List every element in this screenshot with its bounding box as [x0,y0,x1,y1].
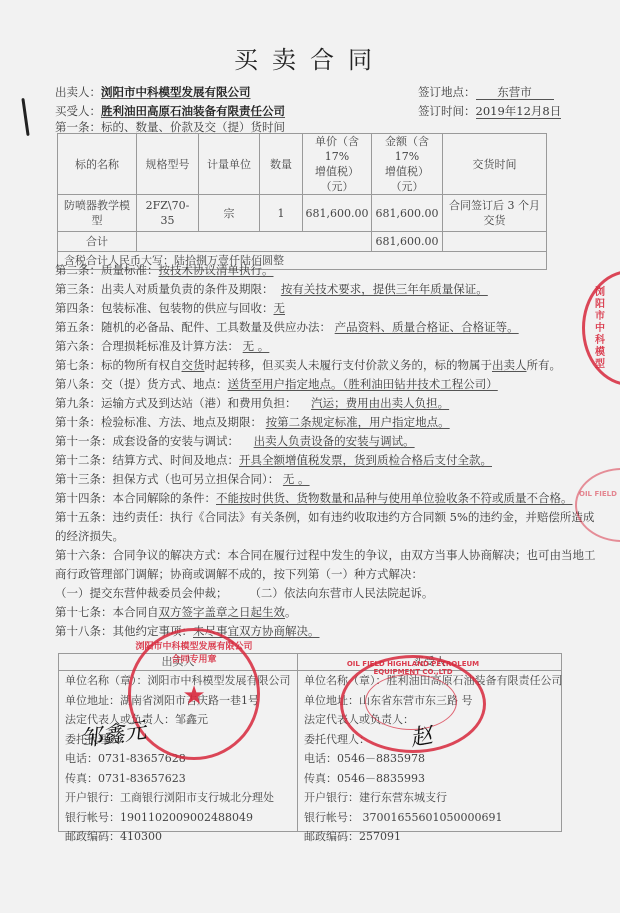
article-3: 第三条：出卖人对质量负责的条件及期限： 按有关技术要求，提供三年年质量保证。 [55,281,488,297]
table-header-row: 标的名称 规格型号 计量单位 数量 单价（含 17%增值税）（元） 金额（含 1… [58,134,547,195]
article-17: 第十七条：本合同自双方签字盖章之日起生效。 [55,604,297,620]
col-header: 单价（含 17%增值税）（元） [303,134,372,195]
edge-buyer-stamp: OIL FIELD HI [575,468,620,542]
article-5: 第五条：随机的必备品、配件、工具数量及供应办法： 产品资料、质量合格证、合格证等… [55,319,519,335]
star-icon: ★ [131,681,257,711]
cell-delivery: 合同签订后 3 个月交货 [443,195,547,232]
cell-model: 2FZ\70-35 [137,195,199,232]
buyer-phone: 电话：0546－8835978 [304,749,563,769]
seller-bank: 开户银行：工商银行浏阳市支行城北分理处 [65,788,291,808]
buyer-stamp-text: OIL FIELD HIGHLAND PETROLEUM EQUIPMENT C… [343,660,483,676]
article-16-line2: 商行政管理部门调解；协商或调解不成的，按下列第（一）种方式解决： [55,566,423,582]
edge-stamp2-text: OIL FIELD HI [579,490,620,498]
pen-mark [21,98,29,136]
buyer-bank: 开户银行：建行东营东城支行 [304,788,563,808]
col-header: 金额（含 17%增值税）（元） [372,134,443,195]
edge-stamp-text: 浏阳市中科模型 [595,287,609,371]
buyer-account: 银行帐号： 37001655601050000691 [304,808,563,828]
article-7: 第七条：标的物所有权自交货时起转移，但买卖人未履行支付价款义务的，标的物属于出卖… [55,357,561,373]
cell-qty: 1 [260,195,303,232]
date-line: 签订时间：2019年12月8日 [418,103,561,119]
article-12: 第十二条：结算方式、时间及地点：开具全额增值税发票，货到质检合格后支付全款。 [55,452,492,468]
article-9: 第九条：运输方式及到达站（港）和费用负担： 汽运；费用由出卖人负担。 [55,395,449,411]
edge-seller-stamp: 浏阳市中科模型 [582,270,620,386]
article-6: 第六条：合理损耗标准及计算方法： 无 。 [55,338,269,354]
date-value: 2019年12月8日 [476,105,562,119]
article-2: 第二条：质量标准：按技术协议清单执行。 [55,262,274,278]
article-16-options: （一）提交东营仲裁委员会仲裁； （二）依法向东营市人民法院起诉。 [55,585,433,601]
table-row: 防喷器教学模型 2FZ\70-35 宗 1 681,600.00 681,600… [58,195,547,232]
seller-fax: 传真：0731-83657623 [65,769,291,789]
col-header: 标的名称 [58,134,137,195]
cell-name: 防喷器教学模型 [58,195,137,232]
buyer-label: 买受人： [55,104,101,118]
place-value: 东营市 [476,86,554,100]
buyer-name: 胜利油田高原石油装备有限责任公司 [101,104,285,118]
col-header: 计量单位 [199,134,260,195]
seller-account: 银行帐号：1901102009002488049 [65,808,291,828]
article-11: 第十一条：成套设备的安装与调试： 出卖人负责设备的安装与调试。 [55,433,415,449]
seller-postcode: 邮政编码：410300 [65,827,291,847]
col-header: 交货时间 [443,134,547,195]
buyer-line: 买受人：胜利油田高原石油装备有限责任公司 [55,103,285,119]
article-15-line1: 第十五条：违约责任：执行《合同法》有关条例，如有违约收取违约方合同额 5%的违约… [55,509,594,525]
place-label: 签订地点： [418,85,476,99]
buyer-postcode: 邮政编码：257091 [304,827,563,847]
seller-label: 出卖人： [55,85,101,99]
article-8: 第八条：交（提）货方式、地点：送货至用户指定地点。（胜利油田钻井技术工程公司） [55,376,498,392]
col-header: 规格型号 [137,134,199,195]
article-15-line2: 的经济损失。 [55,528,124,544]
article-4: 第四条：包装标准、包装物的供应与回收：无 [55,300,285,316]
buyer-fax: 传真：0546－8835993 [304,769,563,789]
goods-table: 标的名称 规格型号 计量单位 数量 单价（含 17%增值税）（元） 金额（含 1… [57,133,547,270]
total-label: 合计 [58,232,137,252]
cell-unit-price: 681,600.00 [303,195,372,232]
table-total-row: 合计 681,600.00 [58,232,547,252]
seller-line: 出卖人：浏阳市中科模型发展有限公司 [55,84,251,100]
article-16-line1: 第十六条：合同争议的解决方式：本合同在履行过程中发生的争议，由双方当事人协商解决… [55,547,596,563]
document-title: 买卖合同 [0,40,620,75]
seller-name: 浏阳市中科模型发展有限公司 [101,85,251,99]
total-amount: 681,600.00 [372,232,443,252]
place-line: 签订地点：东营市 [418,84,554,100]
date-label: 签订时间： [418,104,476,118]
article-10: 第十条：检验标准、方法、地点及期限： 按第二条规定标准，用户指定地点。 [55,414,450,430]
article-13: 第十三条：担保方式（也可另立担保合同）： 无 。 [55,471,310,487]
cell-unit: 宗 [199,195,260,232]
article-14: 第十四条：本合同解除的条件：不能按时供货、货物数量和品种与使用单位验收条不符或质… [55,490,573,506]
seller-stamp-text: 浏阳市中科模型发展有限公司 合同专用章 [131,639,257,665]
cell-amount: 681,600.00 [372,195,443,232]
seller-company-stamp: ★ 浏阳市中科模型发展有限公司 合同专用章 [128,628,260,760]
col-header: 数量 [260,134,303,195]
